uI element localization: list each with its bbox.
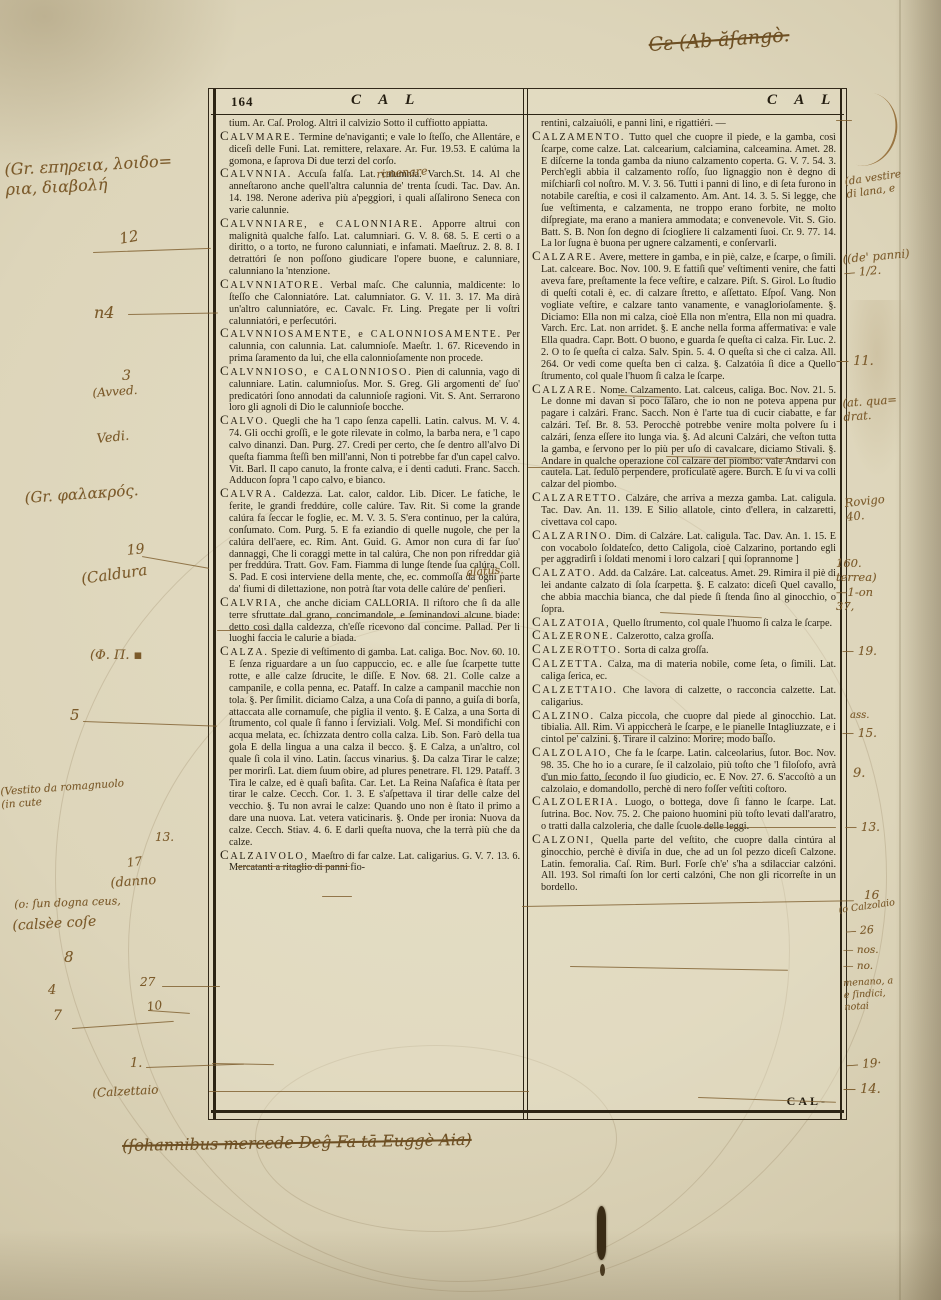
dictionary-entry: CALZEROTTO. Sorta di calza groſſa. (532, 643, 836, 657)
ink-blot (600, 1264, 605, 1276)
handwritten-note: 5 (70, 706, 80, 725)
dictionary-entry: CALZOLAIO, Che fa le ſcarpe. Latin. calc… (532, 746, 836, 795)
handwritten-note: menano, a e ſindici, notai (843, 975, 895, 1013)
handwritten-note: (calsèe coſe (12, 914, 97, 936)
dictionary-entry: CALZARETTO. Calzáre, che arriva a mezza … (532, 491, 836, 529)
dictionary-entry: CALZETTA. Calza, ma di materia nobile, c… (532, 657, 836, 683)
dictionary-entry: rentini, calzaiuóli, e panni lini, e rig… (532, 118, 836, 130)
page-number: 164 (231, 94, 254, 110)
entry-body: Spezie di veſtimento di gamba. Lat. cali… (229, 647, 520, 848)
entry-headword: CALZOLAIO, (532, 748, 612, 759)
dictionary-entry: CALVMARE. Termine de'naviganti; e vale l… (220, 130, 520, 168)
entry-headword: CALVNNIARE, e CALONNIARE. (220, 219, 423, 230)
ink-line (72, 1021, 174, 1030)
handwritten-note: Cƨ (Ab ăſangò. (648, 24, 790, 58)
handwritten-note: 8 (64, 948, 74, 967)
handwritten-note: ass. (850, 710, 869, 723)
entry-body: Avere, mettere in gamba, e in piè, calze… (541, 252, 836, 381)
handwritten-note: (Avved. (92, 383, 138, 401)
frame-rule (213, 89, 216, 1119)
dictionary-entry: CALZARE. Avere, mettere in gamba, e in p… (532, 250, 836, 382)
entry-headword: CALZARINO. (532, 531, 612, 542)
entry-headword: CALVNNIATORE. (220, 280, 324, 291)
dictionary-entry: CALVO. Quegli che ha 'l capo ſenza capel… (220, 414, 520, 487)
entry-body: Quello ſtrumento, col quale l'huomo ſi c… (610, 618, 832, 629)
entry-headword: CALZINO. (532, 711, 595, 722)
handwritten-note: — 19. (842, 644, 877, 659)
entry-body: Caldezza. Lat. calor, caldor. Lib. Dicer… (229, 489, 520, 595)
handwritten-note: (ſohannibus mercede Deĝ Fa tā Euggè Aia) (122, 1130, 472, 1156)
dictionary-entry: CALVNNIA. Accuſa falſa. Lat. calumnia. V… (220, 167, 520, 216)
entry-body: Tutto quel che cuopre il piede, e la gam… (541, 132, 836, 250)
ink-blot (597, 1206, 606, 1260)
handwritten-note: (Vestito da romagnuolo (in cute (0, 777, 125, 812)
entry-headword: CALZONI, (532, 835, 595, 846)
paper-fold-line (899, 0, 901, 1300)
dictionary-entry: CALZINO. Calza piccola, che cuopre dal p… (532, 709, 836, 747)
handwritten-note: п4 (94, 303, 114, 323)
handwritten-note: ((de' panni) — 1/2. (842, 246, 911, 280)
dictionary-entry: CALZATO. Add. da Calzáre. Lat. calceatus… (532, 566, 836, 615)
handwritten-note: 17 (126, 854, 143, 871)
handwritten-note: — 14. (843, 1082, 881, 1098)
paper-stain (0, 1230, 941, 1300)
header-rule (211, 114, 844, 115)
handwritten-note: 19 (126, 541, 146, 560)
entry-headword: CALZAMENTO. (532, 132, 625, 143)
handwritten-note: (Gr. επηρεια, λοιδο= ρια, διαβολή (4, 151, 174, 200)
ink-line (128, 312, 218, 315)
handwritten-note: 13. (155, 830, 174, 845)
handwritten-note: 1. (130, 1056, 142, 1072)
book-page: 164 C A L C A L tium. Ar. Caſ. Prolog. A… (0, 0, 941, 1300)
entry-headword: CALVRA. (220, 489, 277, 500)
handwritten-note: 27 (140, 975, 155, 990)
entry-headword: CALVMARE. (220, 132, 296, 143)
entry-body: Quegli che ha 'l capo ſenza capelli. Lat… (229, 416, 520, 486)
ink-line (83, 721, 217, 727)
entry-headword: CALZATOIA, (532, 618, 610, 629)
entry-headword: CALZARE. (532, 385, 597, 396)
ink-line (93, 248, 211, 254)
handwritten-note: (danno (110, 873, 157, 892)
column-divider (527, 89, 528, 1119)
handwritten-note: 4 (48, 983, 56, 999)
paper-stain (842, 300, 912, 480)
left-column: tium. Ar. Caſ. Prolog. Altri il calvizio… (220, 118, 520, 1096)
entry-headword: CALZEROTTO. (532, 645, 622, 656)
handwritten-note: 7 (53, 1008, 62, 1026)
dictionary-entry: CALZARE. Nome. Calzamento. Lat. calceus,… (532, 383, 836, 492)
dictionary-entry: CALZAMENTO. Tutto quel che cuopre il pie… (532, 130, 836, 250)
dictionary-entry: CALVNNIOSO, e CALONNIOSO. Pien di calunn… (220, 365, 520, 414)
handwritten-note: — 26 (845, 923, 874, 939)
dictionary-entry: CALVNNIARE, e CALONNIARE. Apporre altrui… (220, 217, 520, 278)
handwritten-note: (at. qua= drat. (842, 392, 898, 424)
entry-headword: CALZOLERIA. (532, 797, 619, 808)
dictionary-entry: CALZAIVOLO, Maeſtro di far calze. Lat. c… (220, 849, 520, 875)
entry-headword: CALVNNIOSAMENTE, e CALONNIOSAMENTE. (220, 329, 502, 340)
page-frame: 164 C A L C A L tium. Ar. Caſ. Prolog. A… (208, 88, 847, 1120)
dictionary-entry: CALZETTAIO. Che lavora di calzette, o ra… (532, 683, 836, 709)
entry-headword: CALZARETTO. (532, 493, 622, 504)
entry-body: Calzerotto, calza groſſa. (614, 631, 714, 642)
paper-stain (0, 0, 240, 170)
handwritten-note: (o: ſun dogna ceus, (14, 894, 121, 911)
running-head-left: C A L (351, 92, 421, 109)
entry-headword: CALZETTAIO. (532, 685, 618, 696)
column-divider (523, 89, 524, 1119)
dictionary-entry: tium. Ar. Caſ. Prolog. Altri il calvizio… (220, 118, 520, 130)
handwritten-note: 10 (146, 998, 163, 1015)
dictionary-entry: CALZATOIA, Quello ſtrumento, col quale l… (532, 616, 836, 630)
handwritten-note: — 19· (846, 1056, 882, 1073)
paper-edge-shadow (895, 0, 941, 1300)
handwritten-note: (Φ. Π. ▪ (90, 648, 142, 664)
dictionary-entry: CALVRIA, che anche diciam CALLORIA. Il r… (220, 596, 520, 645)
handwritten-note: (Caldura (80, 561, 148, 589)
handwritten-note: — no. (843, 960, 873, 973)
handwritten-note: (Calzettaio (92, 1083, 159, 1101)
handwritten-note: 9. (853, 766, 865, 782)
entry-body: rentini, calzaiuóli, e panni lini, e rig… (541, 118, 726, 129)
entry-headword: CALZA. (220, 647, 269, 658)
entry-body: Nome. Calzamento. Lat. calceus, caliga. … (541, 385, 836, 491)
entry-headword: CALVRIA, (220, 598, 282, 609)
entry-headword: CALZARE. (532, 252, 597, 263)
entry-headword: CALZETTA. (532, 659, 604, 670)
dictionary-entry: CALZARINO. Dim. di Calzáre. Lat. caligul… (532, 529, 836, 567)
ink-line (142, 556, 209, 569)
entry-headword: CALZERONE. (532, 631, 614, 642)
entry-headword: CALZATO. (532, 568, 596, 579)
entry-headword: CALVNNIOSO, e CALONNIOSO. (220, 367, 412, 378)
handwritten-note: 160. terrea) —1-on 37, (836, 556, 877, 614)
page-header: 164 C A L C A L (209, 91, 846, 113)
entry-headword: CALVO. (220, 416, 269, 427)
dictionary-entry: CALVNNIOSAMENTE, e CALONNIOSAMENTE. Per … (220, 327, 520, 365)
handwritten-note: — 13. (845, 820, 880, 835)
handwritten-note: alatus. (466, 563, 504, 579)
entry-body: Sorta di calza groſſa. (622, 645, 709, 656)
frame-bottom-rule (211, 1110, 844, 1113)
handwritten-note: 12 (118, 227, 140, 249)
dictionary-entry: CALZONI, Quella parte del veſtito, che c… (532, 833, 836, 894)
handwritten-note: (da vestire di lana, e (844, 168, 904, 202)
dictionary-entry: CALZERONE. Calzerotto, calza groſſa. (532, 629, 836, 643)
dictionary-entry: CALVNNIATORE. Verbal maſc. Che calunnia,… (220, 278, 520, 327)
entry-headword: CALVNNIA. (220, 169, 292, 180)
handwritten-note: — 11. (836, 354, 874, 370)
entry-body: tium. Ar. Caſ. Prolog. Altri il calvizio… (229, 118, 488, 129)
handwritten-note: Rovigo 40. (844, 492, 887, 525)
handwritten-note: (Gr. φαλακρός. (24, 481, 139, 508)
handwritten-note: Vedi. (96, 429, 130, 449)
dictionary-entry: CALZA. Spezie di veſtimento di gamba. La… (220, 645, 520, 848)
running-head-right: C A L (767, 92, 837, 109)
handwritten-note: — 15. (842, 726, 877, 741)
right-column: rentini, calzaiuóli, e panni lini, e rig… (532, 118, 836, 1096)
entry-headword: CALZAIVOLO, (220, 851, 309, 862)
dictionary-entry: CALVRA. Caldezza. Lat. calor, caldor. Li… (220, 487, 520, 596)
handwritten-note: — nos. (843, 944, 879, 957)
